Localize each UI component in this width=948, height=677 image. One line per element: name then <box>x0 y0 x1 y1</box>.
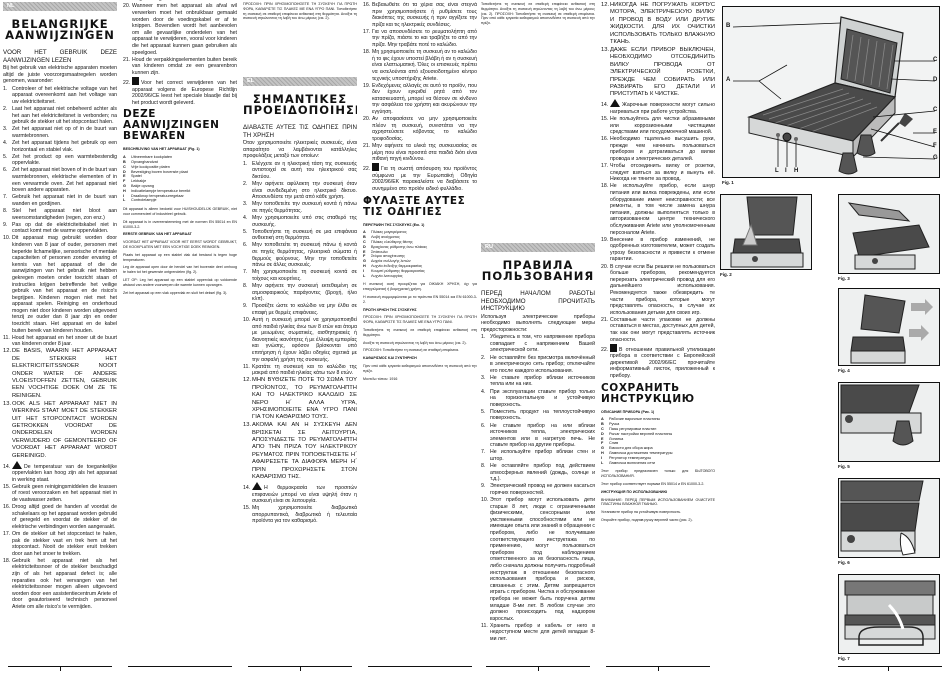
list-item: 3.Zet het apparaat niet op of in de buur… <box>3 126 117 139</box>
footer-rule <box>368 666 472 667</box>
nl-items2-cont: 19.Eventuele veranderingen van dit produ… <box>123 0 237 106</box>
figure-1-grill-diagram: B A C D C E F G L I H <box>722 6 940 178</box>
ru-first-use-title: ИНСТРУКЦИЯ ПО ИСПОЛЬЗОВАНИЮ <box>601 490 667 494</box>
list-item: 11.Хранить прибор и кабель от него в нед… <box>481 623 595 643</box>
el-parts-title: ΠΕΡΙΓΡΑΦΗ ΤΗΣ ΣΥΣΚΕΥΗΣ (Εικ. 1) <box>363 223 424 227</box>
nl-step-3: Zet het apparaat op een vlak oppervlak e… <box>123 291 237 296</box>
figure-2 <box>720 194 812 270</box>
list-item: 22.Voor het correct verwijderen van het … <box>123 77 237 106</box>
recycle-bin-icon <box>372 163 379 171</box>
nl-save-heading: DEZE AANWIJZINGEN BEWAREN <box>123 109 237 142</box>
el-note-2: Η συσκευή συμμορφώνεται με τα πρότυπα EN… <box>363 295 477 305</box>
nl-first-use-title: EERSTE GEBRUIK VAN HET APPARAAT <box>123 232 192 236</box>
figure-3 <box>838 194 940 274</box>
el-title: ΣΗΜΑΝΤΙΚΕΣ ΠΡΟΕΙΔΟΠΟΙΗΣΕΙΣ <box>243 94 357 116</box>
list-item: 5.Τοποθετήστε τη συσκευή σε μια επιφάνει… <box>243 229 357 242</box>
list-item: 3.Не ставьте прибор вблизи источников те… <box>481 375 595 388</box>
ru-column-1: Τοποθετήστε τη συσκευή σε σταθερή επιφάν… <box>481 2 595 643</box>
callout-c2: C <box>933 107 937 113</box>
figure-5-label: Fig. 5 <box>838 464 850 469</box>
list-item: 13.ΑΚΟΜΑ ΚΑΙ ΑΝ Η ΣΥΣΚΕΥΗ ΔΕΝ ΒΡΙΣΚΕΤΑΙ … <box>243 422 357 481</box>
nl-intro: Bij het gebruik van elektrische apparate… <box>3 65 117 85</box>
el-save-heading: ΦΥΛΑΞΤΕ ΑΥΤΕΣ ΤΙΣ ΟΔΗΓΙΕΣ <box>363 196 477 218</box>
nl-column-1: NL BELANGRIJKE AANWIJZINGEN VOOR HET GEB… <box>3 2 117 611</box>
list-item: 17.Чтобы отсоединить вилку от розетки, с… <box>601 163 715 183</box>
nl-note-1: Dit apparaat is alleen bedoeld voor HUIS… <box>123 207 237 217</box>
nl-title: BELANGRIJKE AANWIJZINGEN <box>3 19 117 41</box>
list-item: 5.Zet het product op een warmtebestendig… <box>3 154 117 167</box>
list-item: 7.Gebruik het apparaat niet in de buurt … <box>3 194 117 207</box>
list-item: 10.Этот прибор могут использовать дети с… <box>481 497 595 622</box>
list-item: 17.Για να αποσυνδέσετε το ρευματολήπτη α… <box>363 29 477 49</box>
list-item: 21.Составные части упаковки не должны ос… <box>601 317 715 343</box>
list-item: 2.Не оставляйте без присмотра включённый… <box>481 355 595 375</box>
list-item: 22.Για τη σωστή απόσυρση του προϊόντος σ… <box>363 163 477 192</box>
list-item: 3.Μην τοποθετείτε την συσκευή κοντά ή πά… <box>243 201 357 214</box>
warning-icon <box>12 461 22 469</box>
el-col2-list: 16.Βεβαιωθείτε ότι τα χέρια σας είναι στ… <box>363 2 477 193</box>
footer-rule <box>128 666 232 667</box>
ru-note-2: Этот прибор соответствует нормам EN 5501… <box>601 482 715 487</box>
el-care-text: Πριν από κάθε εργασία καθαρισμού αποσυνδ… <box>363 364 477 374</box>
ru-title: ПРАВИЛА ПОЛЬЗОВАНИЯ <box>481 260 595 282</box>
list-item: 10.Αυτή η συσκευή μπορεί να χρησιμοποιηθ… <box>243 317 357 363</box>
ru-intro: Используя электрические приборы необходи… <box>481 314 595 334</box>
list-item: 16.Βεβαιωθείτε ότι τα χέρια σας είναι στ… <box>363 2 477 28</box>
list-item: 20.Αν αποφασίσετε να μην χρησιμοποιείτε … <box>363 116 477 142</box>
figure-6 <box>838 478 940 558</box>
ru-caps-list: 12.НИКОГДА НЕ ПОГРУЖАТЬ КОРПУС МОТОРА, Э… <box>601 2 715 99</box>
ru-parts-legend: AРабочие варочные пластины BРучка CПазы … <box>601 417 715 465</box>
list-item: 12.ΜΗΝ ΒΥΘΙΖΕΤΕ ΠΟΤΕ ΤΟ ΣΩΜΑ ΤΟΥ ΠΡΟΪΟΝΤ… <box>243 377 357 421</box>
list-item: 20.Wanneer men het apparaat als afval wi… <box>123 3 237 56</box>
list-item: 6.Μην τοποθετείτε τη συσκευή πάνω ή κοντ… <box>243 242 357 268</box>
warning-icon <box>610 99 620 107</box>
list-item: 13.OOK ALS HET APPARAAT NIET IN WERKING … <box>3 401 117 460</box>
list-item: 18.Gebruik het apparaat niet als het ele… <box>3 558 117 611</box>
list-item: 5.Поместить продукт на теплоустойчивую п… <box>481 409 595 422</box>
list-item: 7.Не используйте прибор вблизи стен и шт… <box>481 449 595 462</box>
list-item: 14.De temperatuur van de toegankelijke o… <box>3 461 117 484</box>
figure-7-label: Fig. 7 <box>838 656 850 661</box>
list-item: 1.Ελέγχετε αν η ηλεκτρική τάση της συσκε… <box>243 161 357 181</box>
figure-1-label: Fig. 1 <box>722 180 734 185</box>
list-item: 1.Убедитесь в том, что напряжение прибор… <box>481 334 595 354</box>
list-item: 4.Μην χρησιμοποιείτε υπό στις σταθερό τη… <box>243 215 357 228</box>
nl-step-1: Plaats het apparaat op een stabiel vlak … <box>123 253 237 263</box>
ru-parts-title: ОПИСАНИЕ ПРИБОРА (Рис. 1) <box>601 410 654 414</box>
nl-subtitle: VOOR HET GEBRUIK DEZE AANWIJZINGEN LEZEN <box>3 49 117 64</box>
list-item: 8.Μην αφήνετε την συσκευή εκτεθειμένη σε… <box>243 283 357 303</box>
list-item: 6.Zet het apparaat niet boven of in de b… <box>3 167 117 193</box>
nl-column-2: 19.Eventuele veranderingen van dit produ… <box>123 0 237 298</box>
callout-i: I <box>785 168 787 174</box>
figure-7 <box>838 574 940 654</box>
el-subtitle: ΔΙΑΒΑΣΤΕ ΑΥΤΕΣ ΤΙΣ ΟΔΗΓΙΕΣ ΠΡΙΝ ΤΗ ΧΡΗΣΗ <box>243 124 357 139</box>
nl-parts-title: BESCHRIJVING VAN HET APPARAAT (Fig. 1) <box>123 147 200 151</box>
nl-items-list: 1.Controleer of het elektrische voltage … <box>3 86 117 348</box>
legend-item: LΛυχνία λειτουργίας <box>363 274 477 279</box>
callout-f: F <box>933 143 937 149</box>
page-tick <box>300 667 301 671</box>
warning-icon <box>252 482 262 490</box>
callout-d: D <box>933 77 937 83</box>
list-item: 17.Om de stekker uit het stopcontact te … <box>3 531 117 557</box>
callout-g: G <box>933 155 938 161</box>
list-item: 16.Необходимо тщательно высушить руки, п… <box>601 136 715 162</box>
page-tick <box>658 667 659 671</box>
language-bar-ru: RU <box>481 243 595 252</box>
el-column-1: ΠΡΟΣΟΧΗ: ΠΡΙΝ ΧΡΗΣΙΜΟΠΟΙΗΣΕΤΕ ΤΗ ΣΥΣΚΕΥΗ… <box>243 2 357 526</box>
el-caps-list: 12.ΜΗΝ ΒΥΘΙΖΕΤΕ ΠΟΤΕ ΤΟ ΣΩΜΑ ΤΟΥ ΠΡΟΪΟΝΤ… <box>243 377 357 481</box>
list-item: 15.Gebruik geen reinigingsmiddelen die k… <box>3 484 117 504</box>
ru-items-list: 1.Убедитесь в том, что напряжение прибор… <box>481 334 595 642</box>
page-tick <box>60 667 61 671</box>
list-item: 12.DE BASIS, WAARIN HET APPARAAT DE STEK… <box>3 348 117 400</box>
nl-first-use-text: VOORDAT HET APPARAAT VOOR HET EERST WORD… <box>123 240 237 250</box>
figure-2-label: Fig. 2 <box>720 272 732 277</box>
list-item: 2.Laat het apparaat niet onbeheerd achte… <box>3 106 117 126</box>
contact-grill-illustration <box>723 7 940 178</box>
list-item: 4.При эксплуатации ставьте прибор только… <box>481 389 595 409</box>
language-bar-nl: NL <box>3 2 117 11</box>
el-step-1: Τοποθετήστε τη συσκευή σε σταθερή επιφάν… <box>363 328 477 338</box>
ru-save-heading: СОХРАНИТЬ ИНСТРУКЦИЮ <box>601 383 715 405</box>
nl-parts-legend: AUitneembare kookplaten BOpvanghandvat C… <box>123 155 237 203</box>
el-step-2: Ανοίξτε τη συσκευή σηκώνοντας τη λαβή το… <box>363 341 477 346</box>
list-item: 11.Houd het apparaat en het snoer uit de… <box>3 335 117 348</box>
ru-subtitle: ПЕРЕД НАЧАЛОМ РАБОТЫ НЕОБХОДИМО ПРОЧИТАТ… <box>481 290 595 313</box>
el-model: Μοντέλο τύπου: 1916 <box>363 377 477 382</box>
language-bar-el: EL <box>243 77 357 86</box>
list-item: 9.Pas op dat de elektriciteitskabel niet… <box>3 222 117 235</box>
list-item: 1.Controleer of het elektrische voltage … <box>3 86 117 106</box>
list-item: 15.Μη χρησιμοποιείτε διαβρωτικά απορρυπα… <box>243 505 357 525</box>
list-item: 7.Μη χρησιμοποιείτε τη συσκευή κοντά σε … <box>243 269 357 282</box>
list-item: 21.Μην αφήνετε τα υλικά της συσκευασίας … <box>363 143 477 163</box>
footer-rule <box>838 666 942 667</box>
list-item: 13.ДАЖЕ ЕСЛИ ПРИБОР ВЫКЛЮЧЕН, НЕОБХОДИМО… <box>601 47 715 99</box>
el-parts-legend: AΠλάκες μαγειρέματος BΛαβή ανοίγματος CΠ… <box>363 230 477 278</box>
list-item: 8.Не оставляйте прибор под действием атм… <box>481 463 595 483</box>
callout-c: C <box>933 57 937 63</box>
list-item: 9.Электрический провод не должен касатьс… <box>481 483 595 496</box>
figure-3-label: Fig. 3 <box>838 276 850 281</box>
list-item: 16.Droog altijd goed de handen af voorda… <box>3 504 117 530</box>
nl-step-2: Leg de apparaat open door de hendel van … <box>123 265 237 275</box>
callout-h: H <box>794 168 798 174</box>
el-column-2: 16.Βεβαιωθείτε ότι τα χέρια σας είναι στ… <box>363 2 477 384</box>
el-items-list: 1.Ελέγχετε αν η ηλεκτρική τάση της συσκε… <box>243 161 357 377</box>
list-item: 12.НИКОГДА НЕ ПОГРУЖАТЬ КОРПУС МОТОРА, Э… <box>601 2 715 46</box>
recycle-bin-icon <box>132 77 139 85</box>
el-warn-note: ΠΡΟΣΟΧΗ: Τοποθετήστε τη συσκευή σε σταθε… <box>363 348 477 353</box>
list-item: 18.Не используйте прибор, если шнур пита… <box>601 183 715 236</box>
ru-step-2: Откройте прибор, подняв ручку верхней ча… <box>601 518 715 523</box>
figure-5 <box>838 382 940 462</box>
ru-note-1: Этот прибор предназначен только для БЫТО… <box>601 469 715 479</box>
figure-4-label: Fig. 4 <box>838 368 850 373</box>
ru-step-1: Установите прибор на устойчивую поверхно… <box>601 510 715 515</box>
callout-a: A <box>726 77 730 83</box>
nl-note-2: Dit apparaat is in overeenstemming met d… <box>123 220 237 230</box>
nl-caps-list: 12.DE BASIS, WAARIN HET APPARAAT DE STEK… <box>3 348 117 460</box>
list-item: 19.Внесение в прибор изменений, не одобр… <box>601 237 715 263</box>
figure-4 <box>838 288 940 366</box>
figure-6-label: Fig. 6 <box>838 560 850 565</box>
nl-warn-note: LET OP: Leg het apparaat op een stabiel … <box>123 278 237 288</box>
list-item: 2.Μην αφήνετε αφύλακτη την συσκευή όταν … <box>243 181 357 201</box>
callout-e: E <box>933 129 937 135</box>
list-item: 8.Stel het apparaat niet bloot aan weers… <box>3 208 117 221</box>
list-item: 4.Zet het apparaat tijdens het gebruik o… <box>3 140 117 153</box>
el-first-use-text: ΠΡΟΣΟΧΗ: ΠΡΙΝ ΧΡΗΣΙΜΟΠΟΙΗΣΕΤΕ ΤΗ ΣΥΣΚΕΥΗ… <box>363 315 477 325</box>
ru-items2-list: 14.Жарочные поверхности могут сильно наг… <box>601 99 715 379</box>
list-item: 9.Προσέξτε ώστε το καλώδιο να μην έλθει … <box>243 303 357 316</box>
list-item: 11.Κρατάτε τη συσκευή και το καλώδιο της… <box>243 364 357 377</box>
ru-first-use-text: ВНИМАНИЕ: ПЕРЕД ПЕРВЫМ ИСПОЛЬЗОВАНИЕМ ОЧ… <box>601 498 715 508</box>
page-tick <box>888 667 889 671</box>
list-item: 15.Не пользуйтесь для чистки абразивными… <box>601 116 715 136</box>
recycle-bin-icon <box>610 344 617 352</box>
page-tick <box>538 667 539 671</box>
list-item: 14.Жарочные поверхности могут сильно наг… <box>601 99 715 115</box>
list-item: 18.Μη χρησιμοποιείτε τη συσκευή αν το κα… <box>363 49 477 82</box>
list-item: 20.В случае если Вы решили не пользовать… <box>601 264 715 317</box>
el-items2-list: 14.Η θερμοκρασία των προσιτών επιφανειών… <box>243 482 357 525</box>
list-item: 21.Houd de verpakkingselementen buiten b… <box>123 57 237 77</box>
legend-item: LControlelampje <box>123 198 237 203</box>
list-item: 14.Η θερμοκρασία των προσιτών επιφανειών… <box>243 482 357 505</box>
el-note-1: Η συσκευή αυτή προορίζεται για ΟΙΚΙΑΚΗ Χ… <box>363 282 477 292</box>
list-item: 22.В отношении правильной утилизации при… <box>601 344 715 380</box>
list-item: 6.Не ставьте прибор на или вблизи источн… <box>481 423 595 449</box>
callout-b: B <box>726 23 730 29</box>
el-first-use-title: ΠΡΩΤΗ ΧΡΗΣΗ ΤΗΣ ΣΥΣΚΕΥΗΣ <box>363 308 417 312</box>
callout-l: L <box>775 168 779 174</box>
el-care-title: ΚΑΘΑΡΙΣΜΟΣ ΚΑΙ ΣΥΝΤΗΡΗΣΗ <box>363 356 417 360</box>
ru-column-2: 12.НИКОГДА НЕ ПОГРУЖАТЬ КОРПУС МОТОРА, Э… <box>601 2 715 526</box>
el-intro: Όταν χρησιμοποιείτε ηλεκτρικές συσκευές,… <box>243 140 357 160</box>
nl-items2-list: 14.De temperatuur van de toegankelijke o… <box>3 461 117 611</box>
legend-item: LЛампочка включения сети <box>601 461 715 466</box>
list-item: 19.Ενδεχόμενες αλλαγές σε αυτό το προϊόν… <box>363 83 477 116</box>
list-item: 10.Dit apparaat mag gebruikt worden door… <box>3 235 117 334</box>
